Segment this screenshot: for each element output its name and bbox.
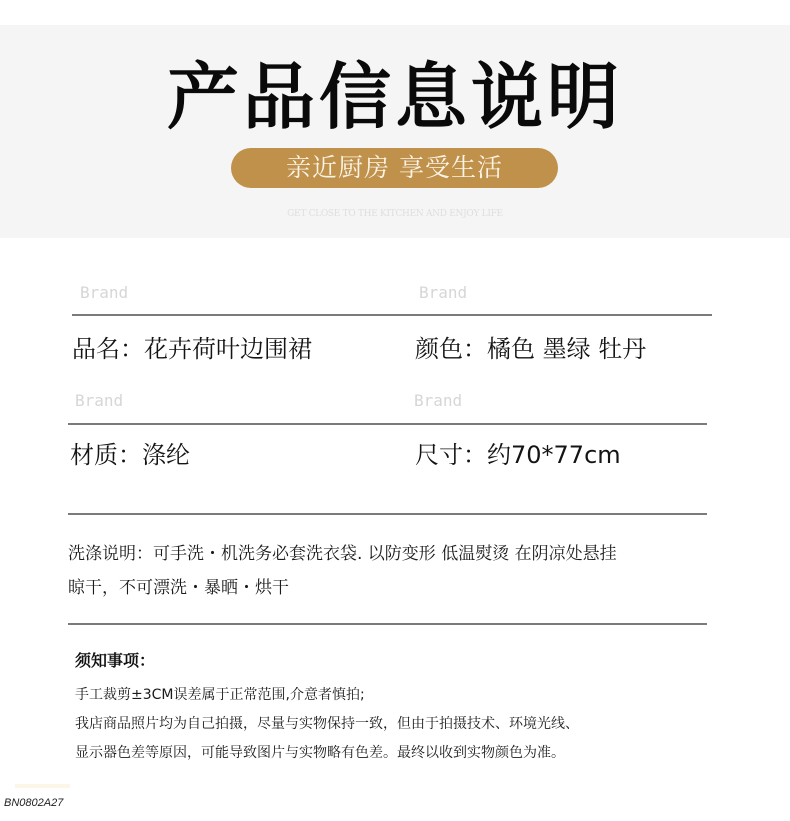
field-label: 材质： [70, 441, 142, 469]
field-label: 品名： [72, 335, 144, 363]
field-label: 尺寸： [415, 441, 487, 469]
divider [68, 423, 707, 425]
field-value: 涤纶 [142, 441, 190, 469]
washing-instructions: 洗涤说明：可手洗・机洗务必套洗衣袋. 以防变形 低温熨烫 在阴凉处悬挂 晾干，不… [68, 537, 728, 605]
divider [68, 623, 707, 625]
field-size: 尺寸：约70*77cm [415, 440, 621, 470]
field-product-name: 品名：花卉荷叶边围裙 [72, 334, 312, 364]
brand-watermark: Brand [419, 283, 467, 302]
washing-line: 洗涤说明：可手洗・机洗务必套洗衣袋. 以防变形 低温熨烫 在阴凉处悬挂 [68, 537, 728, 571]
divider [68, 513, 707, 515]
brand-watermark: Brand [75, 391, 123, 410]
brand-watermark: Brand [80, 283, 128, 302]
divider [72, 314, 712, 316]
field-label: 颜色： [415, 335, 487, 363]
notice-line: 我店商品照片均为自己拍摄，尽量与实物保持一致，但由于拍摄技术、环境光线、 [75, 713, 579, 733]
field-value: 花卉荷叶边围裙 [144, 335, 312, 363]
field-color: 颜色：橘色 墨绿 牡丹 [415, 334, 646, 364]
brand-watermark: Brand [414, 391, 462, 410]
field-value: 橘色 墨绿 牡丹 [487, 335, 646, 363]
slogan-english: GET CLOSE TO THE KITCHEN AND ENJOY LIFE [0, 209, 790, 219]
notice-title: 须知事项： [75, 648, 155, 671]
notice-line: 手工裁剪±3CM误差属于正常范围,介意者慎拍; [75, 684, 365, 704]
notice-line: 显示器色差等原因，可能导致图片与实物略有色差。最终以收到实物颜色为准。 [75, 742, 565, 762]
slogan-badge: 亲近厨房 享受生活 [231, 148, 558, 188]
field-material: 材质：涤纶 [70, 440, 190, 470]
product-code: BN0802A27 [4, 797, 63, 809]
washing-line: 晾干，不可漂洗・暴晒・烘干 [68, 571, 728, 605]
decorative-mark [15, 784, 70, 788]
page-title: 产品信息说明 [0, 52, 790, 142]
field-value: 约70*77cm [487, 441, 621, 469]
